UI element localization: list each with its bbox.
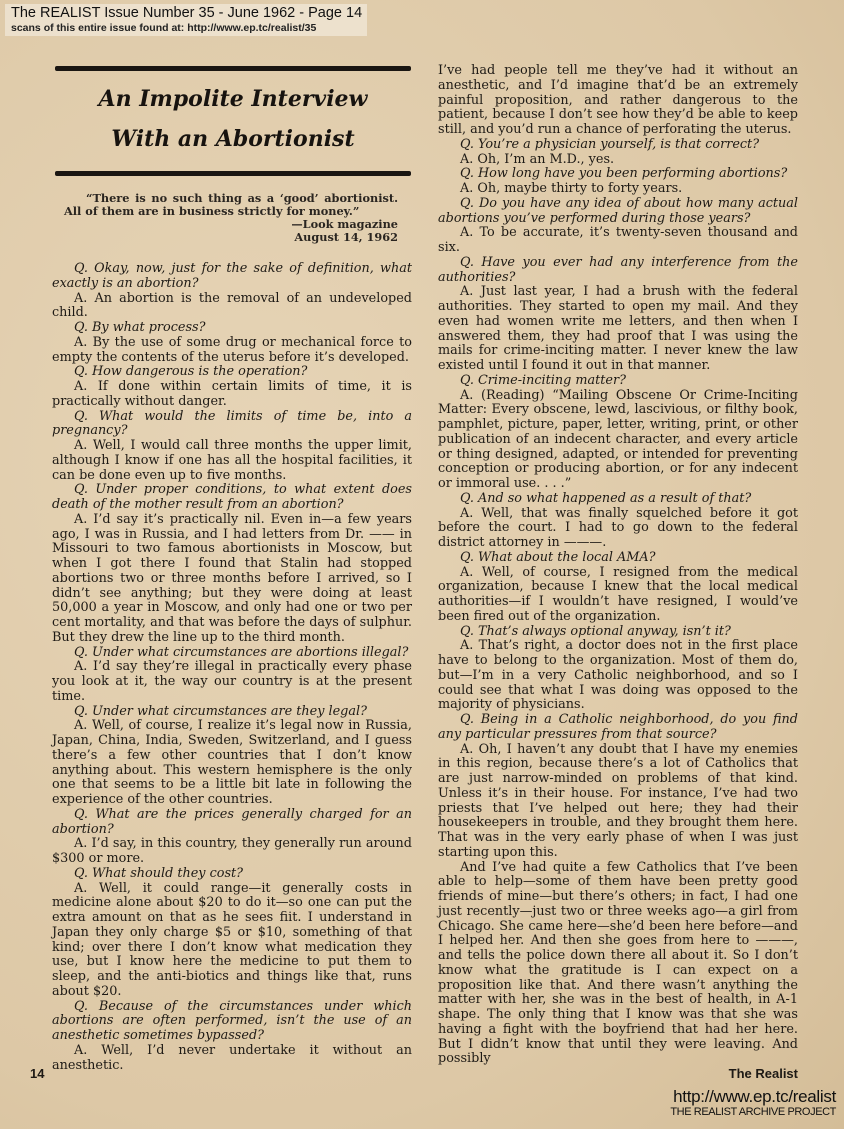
answer: A. (Reading) “Mailing Obscene Or Crime-I…	[438, 389, 798, 492]
answer: A. I’d say they’re illegal in practicall…	[52, 660, 412, 704]
question: Q. What are the prices generally charged…	[52, 808, 412, 838]
scan-source-note: scans of this entire issue found at: htt…	[11, 22, 362, 34]
question: Q. You’re a physician yourself, is that …	[438, 138, 798, 153]
archive-project-name: THE REALIST ARCHIVE PROJECT	[670, 1106, 836, 1119]
question: Q. Have you ever had any interference fr…	[438, 256, 798, 286]
question: Q. That’s always optional anyway, isn’t …	[438, 625, 798, 640]
epigraph: “There is no such thing as a ‘good’ abor…	[64, 192, 398, 244]
right-column: I’ve had people tell me they’ve had it w…	[438, 64, 798, 1067]
answer: A. I’d say it’s practically nil. Even in…	[52, 513, 412, 646]
scan-info-banner: The REALIST Issue Number 35 - June 1962 …	[5, 4, 367, 36]
question: Q. Under proper conditions, to what exte…	[52, 483, 412, 513]
question: Q. How long have you been performing abo…	[438, 167, 798, 182]
answer-continued: I’ve had people tell me they’ve had it w…	[438, 64, 798, 138]
left-column: Q. Okay, now, just for the sake of defin…	[52, 262, 412, 1073]
epigraph-quote: “There is no such thing as a ‘good’ abor…	[64, 192, 398, 218]
answer: A. Oh, I’m an M.D., yes.	[438, 153, 798, 168]
answer: A. By the use of some drug or mechanical…	[52, 336, 412, 366]
answer: A. Well, it could range—it generally cos…	[52, 882, 412, 1000]
question: Q. Because of the circumstances under wh…	[52, 1000, 412, 1044]
archive-url: http://www.ep.tc/realist	[670, 1087, 836, 1106]
answer: And I’ve had quite a few Catholics that …	[438, 861, 798, 1068]
answer: A. Oh, I haven’t any doubt that I have m…	[438, 743, 798, 861]
answer: A. Well, that was finally squelched befo…	[438, 507, 798, 551]
answer: A. If done within certain limits of time…	[52, 380, 412, 410]
question: Q. Okay, now, just for the sake of defin…	[52, 262, 412, 292]
question: Q. What about the local AMA?	[438, 551, 798, 566]
answer: A. Well, I would call three months the u…	[52, 439, 412, 483]
title-rule-bottom	[55, 171, 411, 176]
question: Q. How dangerous is the operation?	[52, 365, 412, 380]
answer: A. That’s right, a doctor does not in th…	[438, 639, 798, 713]
article-title-line1: An Impolite Interview	[55, 86, 411, 112]
issue-title: The REALIST Issue Number 35 - June 1962 …	[11, 5, 362, 22]
question: Q. Do you have any idea of about how man…	[438, 197, 798, 227]
question: Q. And so what happened as a result of t…	[438, 492, 798, 507]
question: Q. By what process?	[52, 321, 412, 336]
answer: A. Well, of course, I realize it’s legal…	[52, 719, 412, 808]
question: Q. What should they cost?	[52, 867, 412, 882]
article-title-line2: With an Abortionist	[55, 126, 411, 152]
question: Q. Under what circumstances are they leg…	[52, 705, 412, 720]
archive-credit: http://www.ep.tc/realist THE REALIST ARC…	[670, 1087, 836, 1119]
page-number: 14	[30, 1066, 44, 1081]
answer: A. Well, of course, I resigned from the …	[438, 566, 798, 625]
question: Q. Under what circumstances are abortion…	[52, 646, 412, 661]
answer: A. Just last year, I had a brush with th…	[438, 285, 798, 374]
epigraph-date: August 14, 1962	[64, 231, 398, 244]
answer: A. An abortion is the removal of an unde…	[52, 292, 412, 322]
question: Q. Crime-inciting matter?	[438, 374, 798, 389]
answer: A. I’d say, in this country, they genera…	[52, 837, 412, 867]
title-rule-top	[55, 66, 411, 71]
answer: A. Well, I’d never undertake it without …	[52, 1044, 412, 1074]
magazine-name: The Realist	[729, 1066, 798, 1081]
question: Q. What would the limits of time be, int…	[52, 410, 412, 440]
answer: A. To be accurate, it’s twenty-seven tho…	[438, 226, 798, 256]
answer: A. Oh, maybe thirty to forty years.	[438, 182, 798, 197]
question: Q. Being in a Catholic neighborhood, do …	[438, 713, 798, 743]
